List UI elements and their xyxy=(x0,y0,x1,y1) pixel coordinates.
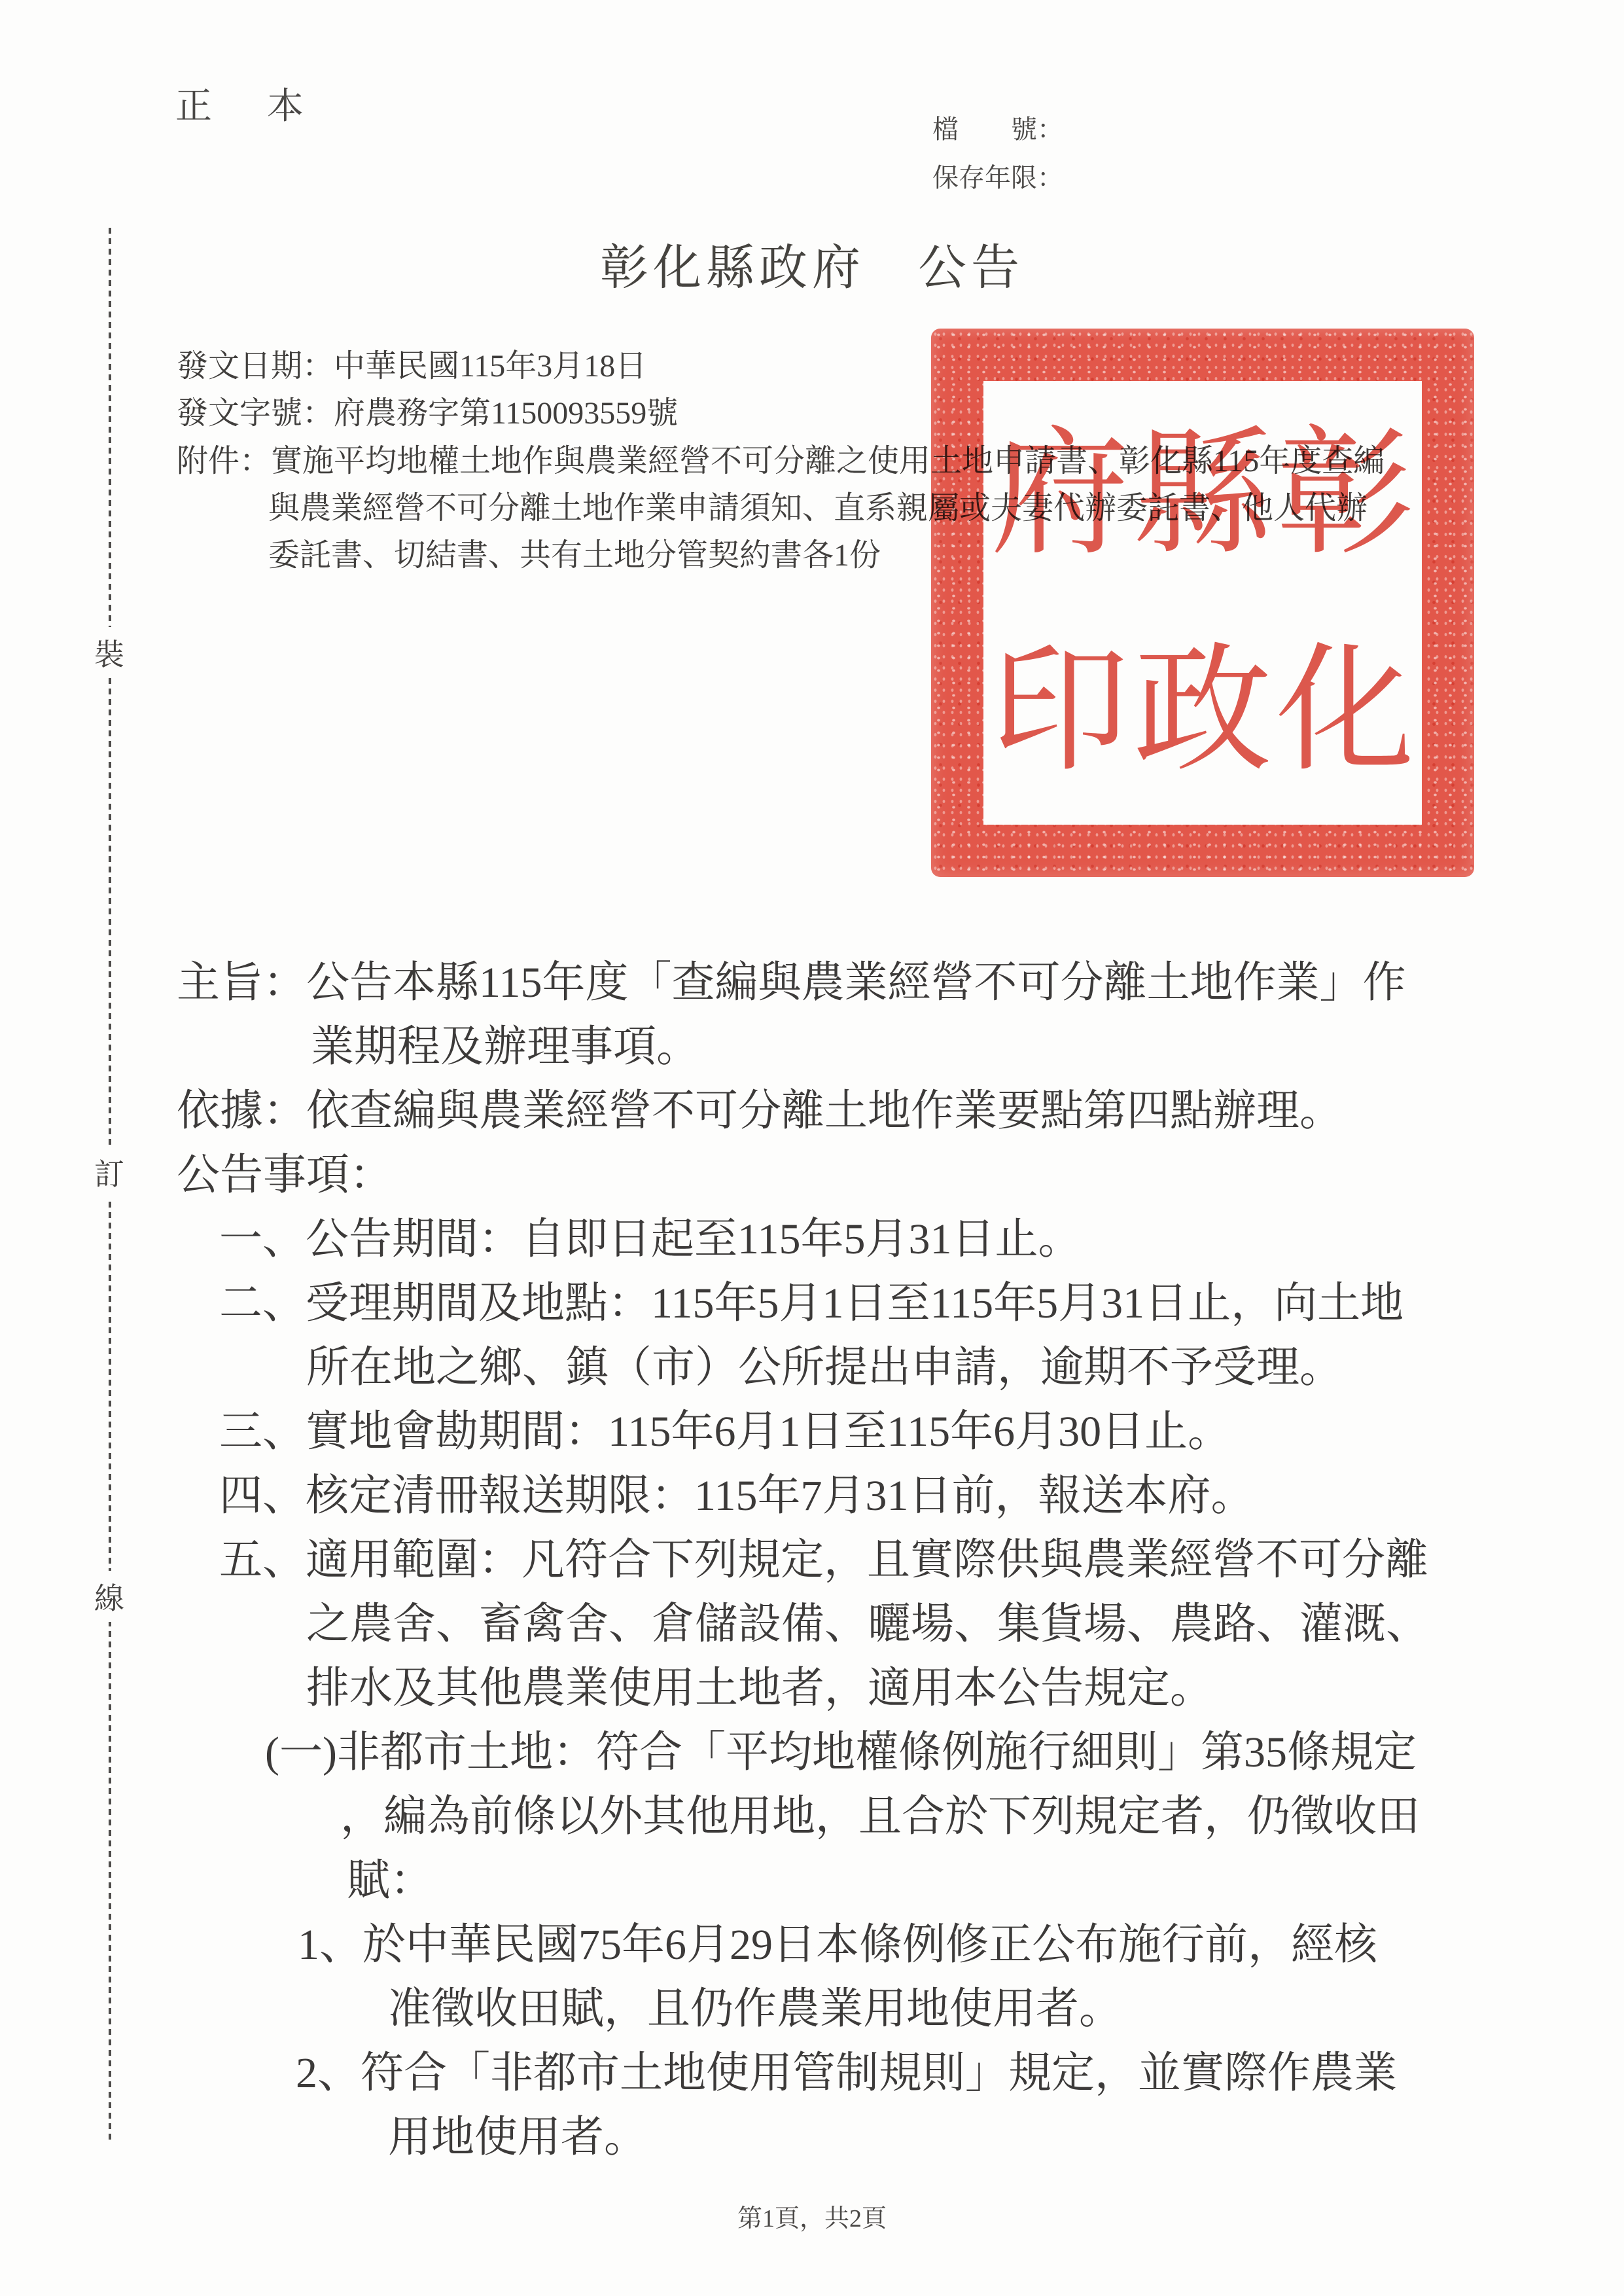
issue-date-line: 發文日期：中華民國115年3月18日 xyxy=(177,340,646,386)
body-line-sub-1-2: 用地使用者。 xyxy=(388,2102,647,2164)
body-line-item-2: 二、受理期間及地點：115年5月1日至115年5月31日止，向土地 xyxy=(219,1268,1403,1330)
seal-glyph: 化 xyxy=(1276,642,1415,781)
body-line-basis: 依據：依查編與農業經營不可分離土地作業要點第四點辦理。 xyxy=(177,1075,1343,1138)
body-line-item-5: 排水及其他農業使用土地者，適用本公告規定。 xyxy=(306,1653,1213,1715)
seal-glyph: 政 xyxy=(1133,642,1272,781)
body-line-subject: 業期程及辦理事項。 xyxy=(311,1011,699,1073)
body-line-item-3: 三、實地會勘期間：115年6月1日至115年6月30日止。 xyxy=(219,1396,1231,1458)
retention-period-label: 保存年限： xyxy=(932,157,1063,194)
seal-inner: 府 縣 彰 印 政 化 xyxy=(983,381,1422,825)
body-line-sub-1-1: 准徵收田賦，且仍作農業用地使用者。 xyxy=(388,1973,1122,2036)
body-line-item-2: 所在地之鄉、鎮（市）公所提出申請，逾期不予受理。 xyxy=(306,1332,1343,1394)
body-line-item-5: 之農舍、畜禽舍、倉儲設備、曬場、集貨場、農路、灌溉、 xyxy=(306,1588,1429,1651)
page-title: 彰化縣政府 公告 xyxy=(0,229,1624,298)
body-line-announcement-heading: 公告事項： xyxy=(177,1139,393,1202)
body-line-item-5: 五、適用範圍：凡符合下列規定，且實際供與農業經營不可分離 xyxy=(219,1524,1428,1587)
seal-glyph: 印 xyxy=(991,642,1129,781)
page-number-footer: 第1頁，共2頁 xyxy=(0,2198,1624,2234)
binding-char-zhuang: 裝 xyxy=(94,627,124,678)
seal-glyph: 府 xyxy=(991,425,1129,564)
body-line-sub-1-1: 1、於中華民國75年6月29日本條例修正公布施行前，經核 xyxy=(298,1909,1377,1971)
body-line-item-4: 四、核定清冊報送期限：115年7月31日前，報送本府。 xyxy=(219,1460,1254,1522)
copy-label: 正 本 xyxy=(175,77,313,130)
binding-char-ding: 訂 xyxy=(94,1147,124,1198)
document-page: 正 本 檔 號： 保存年限： 彰化縣政府 公告 發文日期：中華民國115年3月1… xyxy=(0,0,1624,2296)
doc-number-line: 發文字號：府農務字第1150093559號 xyxy=(177,387,678,433)
seal-glyph: 縣 xyxy=(1133,425,1272,564)
official-seal: 府 縣 彰 印 政 化 xyxy=(931,329,1474,877)
body-line-item-1: 一、公告期間：自即日起至115年5月31日止。 xyxy=(219,1204,1082,1266)
body-line-sub-1: (一)非都市土地：符合「平均地權條例施行細則」第35條規定 xyxy=(265,1717,1417,1779)
attachment-line: 委託書、切結書、共有土地分管契約書各1份 xyxy=(268,529,881,575)
body-line-sub-1: ，編為前條以外其他用地，且合於下列規定者，仍徵收田 xyxy=(340,1781,1420,1843)
binding-char-xian: 線 xyxy=(94,1571,124,1622)
body-line-sub-1-2: 2、符合「非都市土地使用管制規則」規定，並實際作農業 xyxy=(296,2037,1397,2100)
seal-glyph: 彰 xyxy=(1276,425,1415,564)
body-line-sub-1: 賦： xyxy=(347,1845,433,1907)
file-number-label: 檔 號： xyxy=(932,109,1063,146)
body-line-subject: 主旨：公告本縣115年度「查編與農業經營不可分離土地作業」作 xyxy=(177,947,1406,1009)
